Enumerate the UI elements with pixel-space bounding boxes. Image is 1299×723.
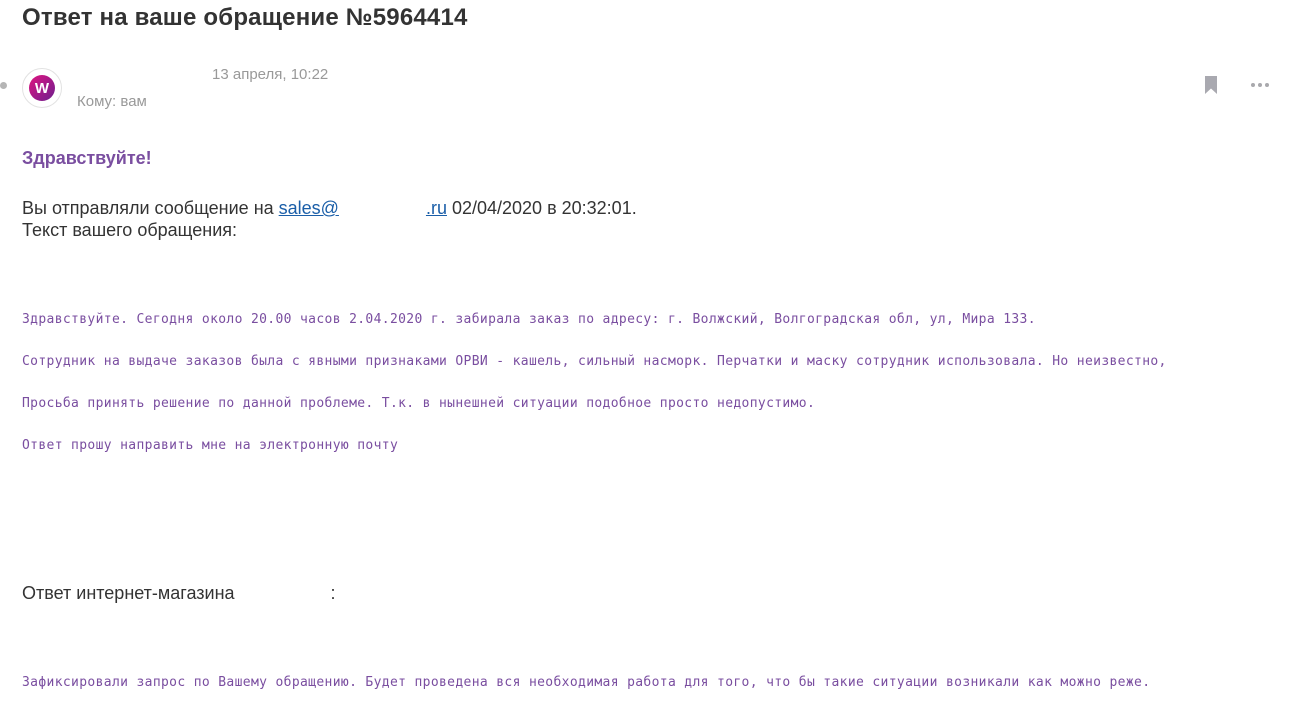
bookmark-icon[interactable] bbox=[1204, 76, 1218, 94]
appeal-line: Сотрудник на выдаче заказов была с явным… bbox=[22, 354, 1167, 369]
appeal-line: Просьба принять решение по данной пробле… bbox=[22, 396, 815, 411]
more-icon[interactable] bbox=[1251, 80, 1271, 90]
greeting: Здравствуйте! bbox=[22, 148, 152, 169]
sender-avatar[interactable]: W bbox=[22, 68, 62, 108]
unread-indicator[interactable] bbox=[0, 82, 7, 89]
reply-label-text: Ответ интернет-магазина bbox=[22, 583, 235, 603]
appeal-line: Здравствуйте. Сегодня около 20.00 часов … bbox=[22, 312, 1036, 327]
reply-label: Ответ интернет-магазина: bbox=[22, 583, 336, 604]
email-date: 13 апреля, 10:22 bbox=[212, 66, 328, 83]
sent-prefix: Вы отправляли сообщение на bbox=[22, 198, 274, 218]
sender-logo-icon: W bbox=[29, 75, 55, 101]
email-link-domain[interactable]: .ru bbox=[426, 198, 447, 218]
reply-text: Зафиксировали запрос по Вашему обращению… bbox=[22, 675, 1150, 690]
sent-info-line: Вы отправляли сообщение на sales@.ru 02/… bbox=[22, 197, 637, 219]
email-link-user[interactable]: sales@ bbox=[279, 198, 339, 218]
appeal-label: Текст вашего обращения: bbox=[22, 220, 237, 241]
sent-datetime: 02/04/2020 в 20:32:01. bbox=[452, 198, 637, 218]
email-subject: Ответ на ваше обращение №5964414 bbox=[22, 4, 468, 32]
appeal-line: Ответ прошу направить мне на электронную… bbox=[22, 438, 398, 453]
reply-label-colon: : bbox=[331, 583, 336, 603]
email-recipient[interactable]: Кому: вам bbox=[77, 93, 147, 110]
